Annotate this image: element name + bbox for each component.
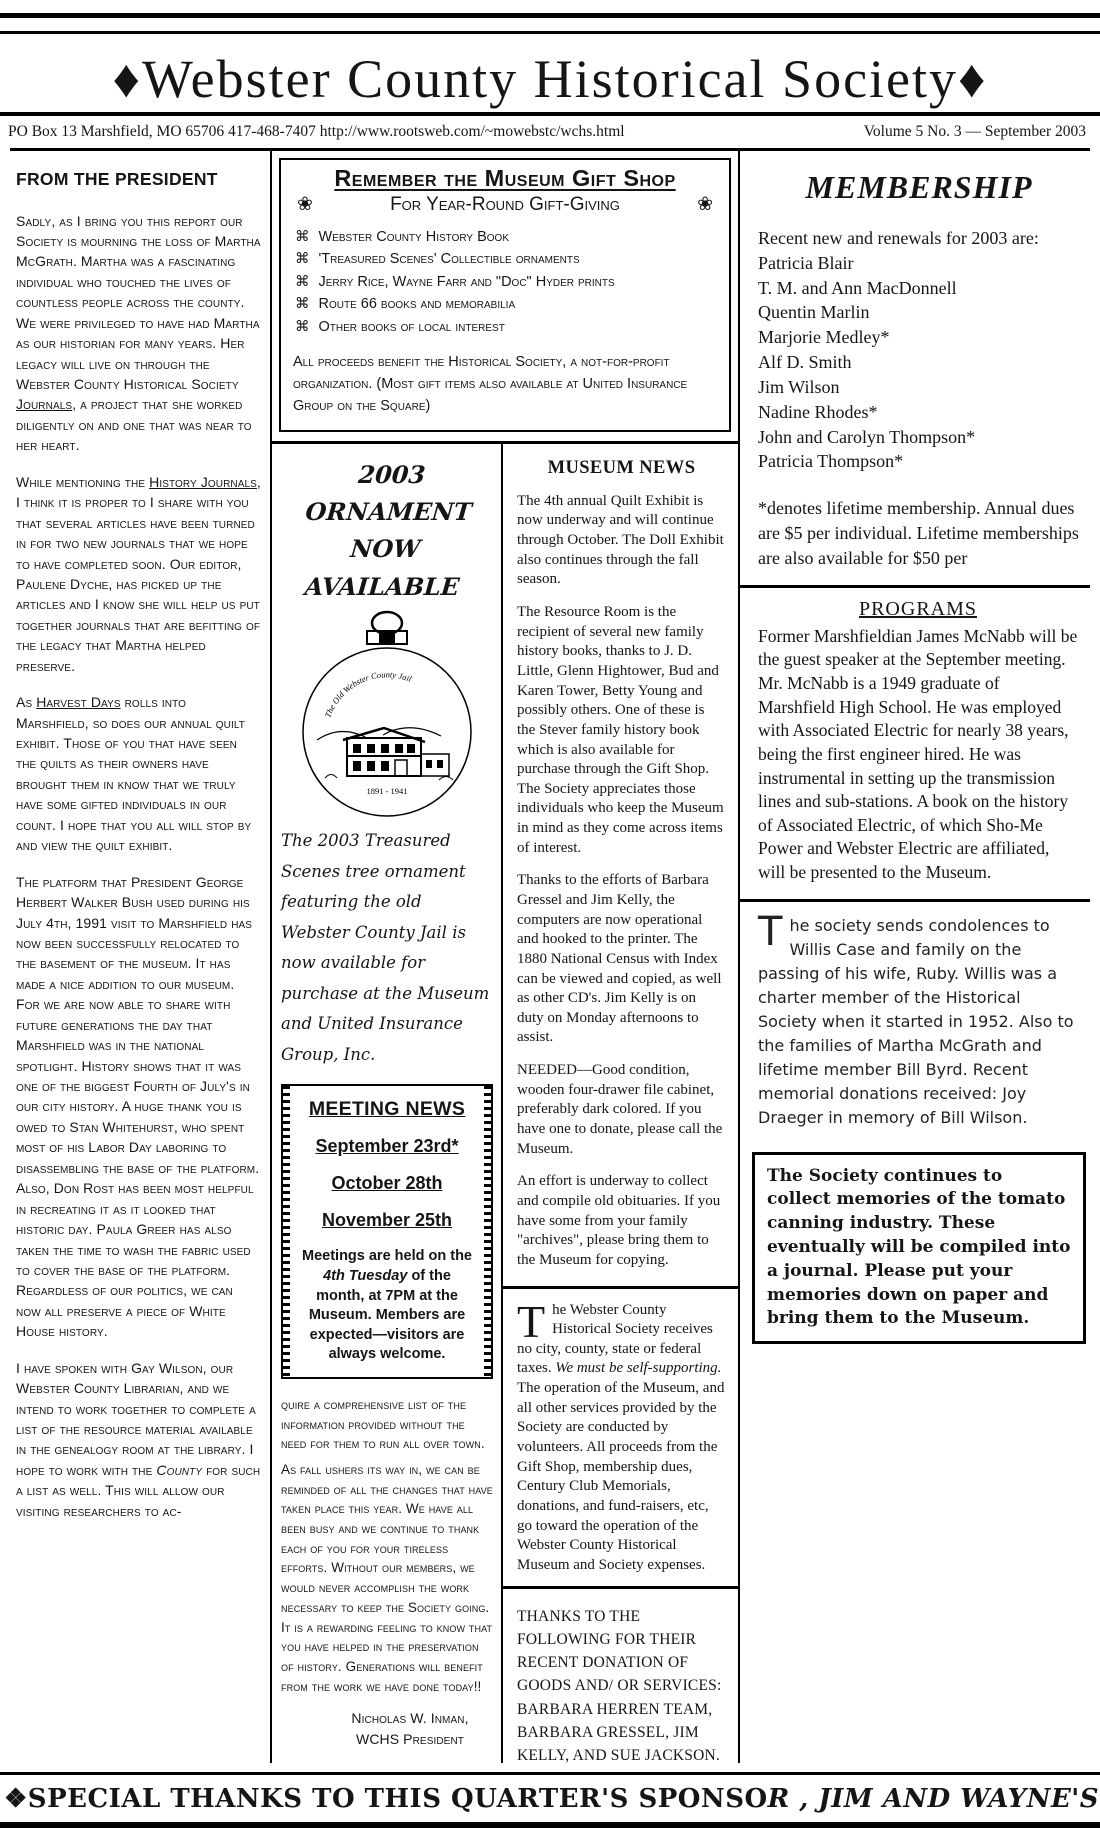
programs-text: Former Marshfieldian James McNabb will b… bbox=[758, 625, 1078, 885]
museum-news-paragraph: An effort is underway to collect and com… bbox=[517, 1172, 726, 1270]
command-bullet-icon: ⌘ bbox=[295, 229, 310, 245]
gift-shop-title: Remember the Museum Gift Shop bbox=[293, 165, 717, 192]
gift-shop-item-label: 'Treasured Scenes' Collectible ornaments bbox=[319, 251, 580, 267]
museum-news-paragraph: The 4th annual Quilt Exhibit is now unde… bbox=[517, 492, 726, 590]
president-paragraph: While mentioning the History Journals, I… bbox=[16, 472, 261, 676]
ornament-illustration: The Old Webster County Jail bbox=[289, 608, 485, 820]
signature-title: WCHS President bbox=[327, 1729, 493, 1749]
middle-split: 2003 ORNAMENT NOW AVAILABLE The Old Webs… bbox=[272, 444, 738, 1763]
contact-line: PO Box 13 Marshfield, MO 65706 417-468-7… bbox=[8, 123, 625, 141]
member-name: Jim Wilson bbox=[758, 375, 1080, 400]
member-name: Alf D. Smith bbox=[758, 350, 1080, 375]
meeting-news-heading: MEETING NEWS bbox=[301, 1098, 473, 1121]
meeting-news-box: MEETING NEWS September 23rd* October 28t… bbox=[281, 1084, 493, 1378]
flower-icon: ❀ bbox=[697, 193, 713, 216]
drop-cap: T bbox=[517, 1304, 545, 1340]
donation-thanks-text: THANKS TO THE FOLLOWING FOR THEIR RECENT… bbox=[517, 1605, 726, 1764]
svg-text:The Old Webster County Jail: The Old Webster County Jail bbox=[323, 670, 414, 720]
flower-icon: ❀ bbox=[297, 193, 313, 216]
ornament-inner-dates: 1891 - 1941 bbox=[366, 786, 407, 796]
gift-shop-note: All proceeds benefit the Historical Soci… bbox=[293, 352, 717, 417]
right-column: MEMBERSHIP Recent new and renewals for 2… bbox=[740, 151, 1090, 1763]
museum-news-paragraph: Thanks to the efforts of Barbara Gressel… bbox=[517, 871, 726, 1048]
president-paragraph: The platform that President George Herbe… bbox=[16, 872, 261, 1342]
condolences-section: The society sends condolences to Willis … bbox=[740, 899, 1090, 1140]
meeting-date: October 28th bbox=[301, 1173, 473, 1194]
command-bullet-icon: ⌘ bbox=[295, 251, 310, 267]
signature: Nicholas W. Inman, WCHS President bbox=[281, 1708, 493, 1749]
gift-shop-item-list: ⌘Webster County History Book ⌘'Treasured… bbox=[293, 226, 717, 338]
president-continuation: quire a comprehensive list of the inform… bbox=[281, 1395, 493, 1749]
president-paragraph: I have spoken with Gay Wilson, our Webst… bbox=[16, 1358, 261, 1522]
gift-shop-item: ⌘Route 66 books and memorabilia bbox=[295, 293, 717, 315]
ornament-heading-line2: NOW AVAILABLE bbox=[274, 530, 493, 604]
gift-shop-subtitle: For Year-Round Gift-Giving bbox=[390, 194, 620, 216]
programs-section: PROGRAMS Former Marshfieldian James McNa… bbox=[740, 585, 1090, 899]
command-bullet-icon: ⌘ bbox=[295, 296, 310, 312]
donation-thanks-box: THANKS TO THE FOLLOWING FOR THEIR RECENT… bbox=[503, 1586, 738, 1764]
bottom-edge-bar bbox=[0, 1822, 1100, 1828]
command-bullet-icon: ⌘ bbox=[295, 319, 310, 335]
top-rule-2 bbox=[0, 31, 1100, 34]
newsletter-page: ♦Webster County Historical Society♦ PO B… bbox=[0, 0, 1100, 1828]
membership-body: Recent new and renewals for 2003 are: Pa… bbox=[758, 226, 1080, 571]
member-name: Patricia Thompson* bbox=[758, 449, 1080, 474]
museum-news-paragraph: The Resource Room is the recipient of se… bbox=[517, 603, 726, 858]
command-bullet-icon: ⌘ bbox=[295, 274, 310, 290]
membership-note: *denotes lifetime membership. Annual due… bbox=[758, 496, 1080, 570]
masthead-info-row: PO Box 13 Marshfield, MO 65706 417-468-7… bbox=[0, 116, 1100, 148]
membership-heading: MEMBERSHIP bbox=[758, 169, 1080, 206]
middle-column: Remember the Museum Gift Shop ❀ For Year… bbox=[272, 151, 740, 1763]
member-name: John and Carolyn Thompson* bbox=[758, 425, 1080, 450]
museum-news-paragraph: NEEDED—Good condition, wooden four-drawe… bbox=[517, 1061, 726, 1159]
top-rule-1 bbox=[0, 13, 1100, 18]
drop-cap: T bbox=[758, 917, 782, 948]
membership-intro: Recent new and renewals for 2003 are: bbox=[758, 226, 1080, 251]
member-name: Nadine Rhodes* bbox=[758, 400, 1080, 425]
gift-shop-section: Remember the Museum Gift Shop ❀ For Year… bbox=[272, 151, 738, 444]
gift-shop-item: ⌘Jerry Rice, Wayne Farr and "Doc" Hyder … bbox=[295, 271, 717, 293]
continuation-paragraph: As fall ushers its way in, we can be rem… bbox=[281, 1460, 493, 1696]
museum-news-heading: MUSEUM NEWS bbox=[517, 456, 726, 480]
president-paragraph: As Harvest Days rolls into Marshfield, s… bbox=[16, 692, 261, 856]
condolences-text: he society sends condolences to Willis C… bbox=[758, 916, 1074, 1127]
president-paragraph: Sadly, as I bring you this report our So… bbox=[16, 211, 261, 456]
gift-shop-item: ⌘Other books of local interest bbox=[295, 316, 717, 338]
meeting-date: November 25th bbox=[301, 1210, 473, 1231]
gift-shop-item-label: Route 66 books and memorabilia bbox=[319, 296, 516, 312]
president-heading: FROM THE PRESIDENT bbox=[16, 167, 261, 193]
president-column: FROM THE PRESIDENT Sadly, as I bring you… bbox=[10, 151, 272, 1763]
ornament-heading-line1: 2003 ORNAMENT bbox=[281, 456, 500, 530]
page-title: ♦Webster County Historical Society♦ bbox=[0, 48, 1100, 110]
issue-line: Volume 5 No. 3 — September 2003 bbox=[864, 123, 1086, 141]
sponsor-footer: ❖SPECIAL THANKS TO THIS QUARTER'S SPONSO… bbox=[0, 1772, 1100, 1818]
meeting-date: September 23rd* bbox=[301, 1136, 473, 1157]
meeting-note: Meetings are held on the 4th Tuesday of … bbox=[301, 1247, 473, 1364]
ornament-caption: The 2003 Treasured Scenes tree ornament … bbox=[281, 826, 493, 1070]
society-funding-note: The Webster County Historical Society re… bbox=[503, 1286, 738, 1586]
member-name: Marjorie Medley* bbox=[758, 325, 1080, 350]
gift-shop-item-label: Other books of local interest bbox=[319, 319, 505, 335]
tomato-canning-box: The Society continues to collect memorie… bbox=[752, 1152, 1086, 1345]
gift-shop-item: ⌘Webster County History Book bbox=[295, 226, 717, 248]
member-name: Patricia Blair bbox=[758, 251, 1080, 276]
society-note-text: he Webster County Historical Society rec… bbox=[517, 1302, 724, 1573]
member-name: T. M. and Ann MacDonnell bbox=[758, 276, 1080, 301]
tomato-canning-text: The Society continues to collect memorie… bbox=[767, 1166, 1070, 1329]
newsletter-body: FROM THE PRESIDENT Sadly, as I bring you… bbox=[10, 148, 1090, 1763]
gift-shop-item-label: Jerry Rice, Wayne Farr and "Doc" Hyder p… bbox=[319, 274, 615, 290]
programs-heading: PROGRAMS bbox=[758, 598, 1078, 621]
signature-name: Nicholas W. Inman, bbox=[327, 1708, 493, 1728]
museum-news-column: MUSEUM NEWS The 4th annual Quilt Exhibit… bbox=[501, 444, 738, 1763]
ornament-meeting-column: 2003 ORNAMENT NOW AVAILABLE The Old Webs… bbox=[272, 444, 501, 1763]
museum-news-section: MUSEUM NEWS The 4th annual Quilt Exhibit… bbox=[503, 444, 738, 1286]
gift-shop-box: Remember the Museum Gift Shop ❀ For Year… bbox=[279, 158, 731, 432]
membership-section: MEMBERSHIP Recent new and renewals for 2… bbox=[740, 151, 1090, 575]
member-name: Quentin Marlin bbox=[758, 300, 1080, 325]
ornament-inner-title: The Old Webster County Jail bbox=[323, 670, 414, 720]
gift-shop-item: ⌘'Treasured Scenes' Collectible ornament… bbox=[295, 248, 717, 270]
ornament-heading: 2003 ORNAMENT NOW AVAILABLE bbox=[274, 456, 499, 605]
gift-shop-subtitle-row: ❀ For Year-Round Gift-Giving ❀ bbox=[297, 193, 713, 216]
continuation-paragraph: quire a comprehensive list of the inform… bbox=[281, 1395, 493, 1454]
gift-shop-item-label: Webster County History Book bbox=[319, 229, 510, 245]
